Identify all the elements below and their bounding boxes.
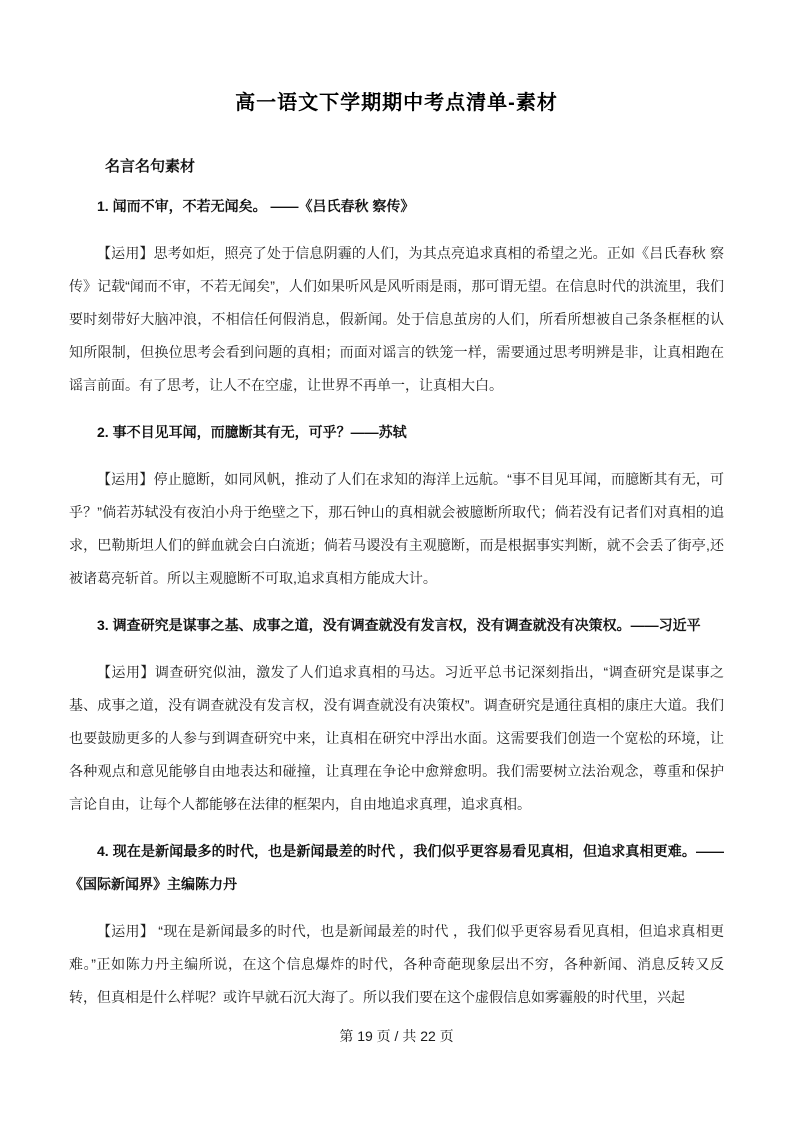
- quote-text: 3. 调查研究是谋事之基、成事之道，没有调查就没有发言权，没有调查就没有决策权。…: [69, 609, 724, 642]
- quote-text: 1. 闻而不审，不若无闻矣。 ——《吕氏春秋 察传》: [69, 190, 724, 223]
- page-title: 高一语文下学期期中考点清单-素材: [69, 86, 724, 115]
- quote-item-2: 2. 事不目见耳闻，而臆断其有无，可乎？——苏轼 【运用】停止臆断，如同风帆，推…: [69, 416, 724, 595]
- quote-text: 2. 事不目见耳闻，而臆断其有无，可乎？——苏轼: [69, 416, 724, 449]
- usage-paragraph: 【运用】思考如炬，照亮了处于信息阴霾的人们，为其点亮追求真相的希望之光。正如《吕…: [69, 237, 724, 402]
- quote-item-3: 3. 调查研究是谋事之基、成事之道，没有调查就没有发言权，没有调查就没有决策权。…: [69, 609, 724, 821]
- quote-item-4: 4. 现在是新闻最多的时代，也是新闻最差的时代 ，我们似乎更容易看见真相，但追求…: [69, 835, 724, 1014]
- section-heading: 名言名句素材: [105, 155, 724, 176]
- page-number-footer: 第 19 页 / 共 22 页: [0, 1026, 793, 1046]
- usage-paragraph: 【运用】停止臆断，如同风帆，推动了人们在求知的海洋上远航。“事不目见耳闻，而臆断…: [69, 463, 724, 595]
- usage-paragraph: 【运用】调查研究似油，激发了人们追求真相的马达。习近平总书记深刻指出，“调查研究…: [69, 656, 724, 821]
- quote-text: 4. 现在是新闻最多的时代，也是新闻最差的时代 ，我们似乎更容易看见真相，但追求…: [69, 835, 724, 901]
- usage-paragraph: 【运用】 “现在是新闻最多的时代，也是新闻最差的时代 ，我们似乎更容易看见真相，…: [69, 915, 724, 1014]
- document-page: 高一语文下学期期中考点清单-素材 名言名句素材 1. 闻而不审，不若无闻矣。 —…: [0, 0, 793, 1122]
- quote-item-1: 1. 闻而不审，不若无闻矣。 ——《吕氏春秋 察传》 【运用】思考如炬，照亮了处…: [69, 190, 724, 402]
